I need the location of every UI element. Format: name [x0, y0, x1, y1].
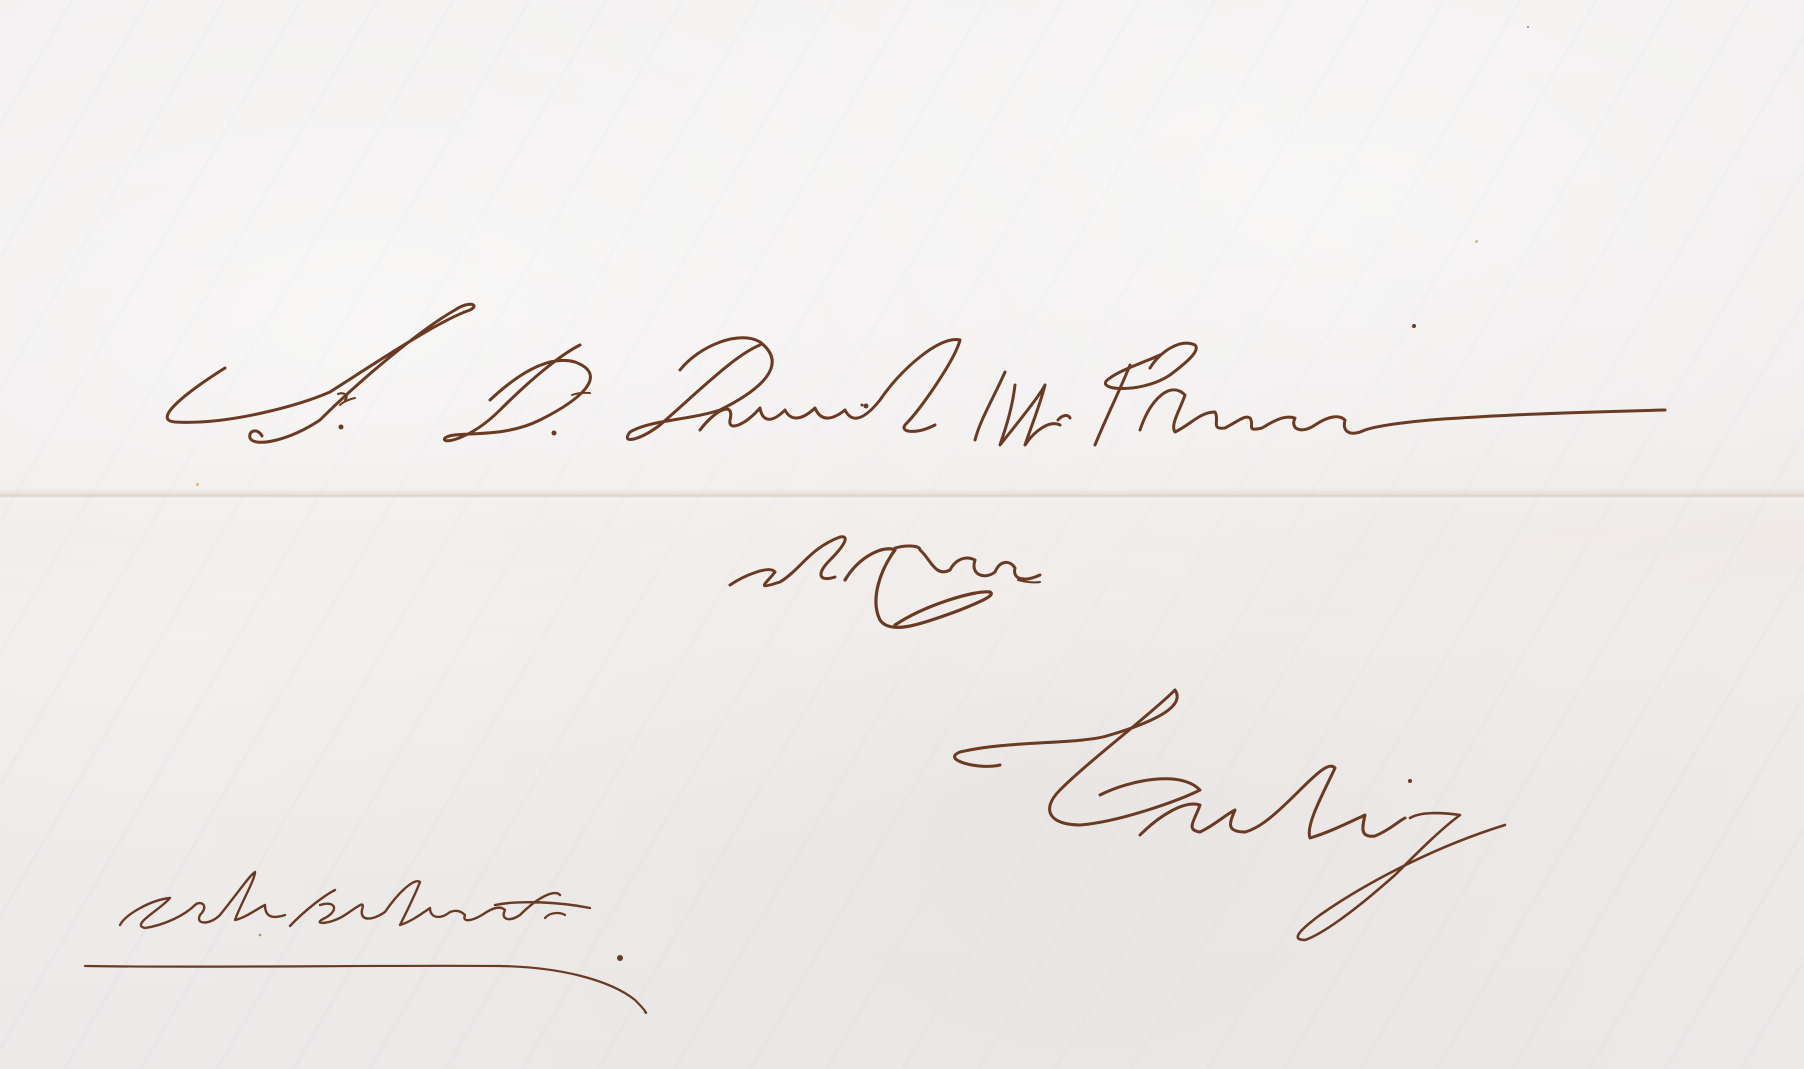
address-line3-handwriting — [955, 690, 1505, 940]
annotation-handwriting — [85, 872, 646, 1013]
handwriting-ink — [0, 0, 1804, 1069]
address-line1-handwriting — [167, 304, 1665, 445]
paper-stain-speck — [1475, 240, 1478, 243]
address-line2-handwriting — [730, 537, 1040, 628]
paper-stain-speck — [196, 483, 199, 486]
paper-dust-speck — [1527, 26, 1529, 28]
